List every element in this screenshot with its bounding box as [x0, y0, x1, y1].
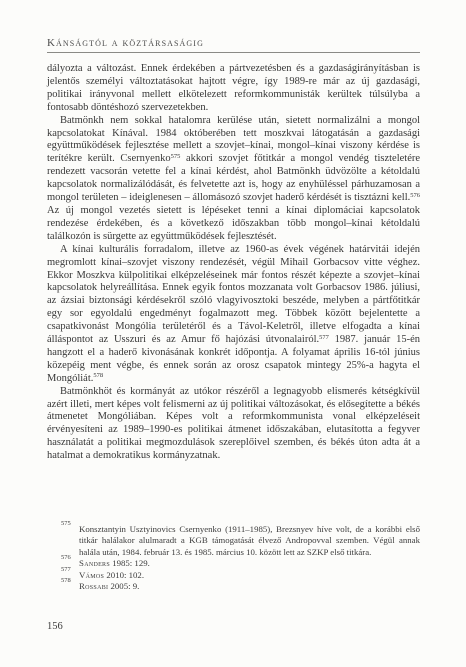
- body-text: dályozta a változást. Ennek érdekében a …: [47, 63, 420, 463]
- header-rule: [47, 52, 420, 53]
- author-name-smallcaps: Vámos: [79, 570, 104, 580]
- author-name-smallcaps: Rossabi: [79, 581, 108, 591]
- running-title: Kánságtól a köztársaságig: [47, 37, 420, 49]
- page-number: 156: [47, 621, 63, 632]
- footnotes-block: 575Konsztantyin Usztyinovics Csernyenko …: [47, 524, 420, 592]
- footnote-reference: 577: [319, 334, 329, 341]
- footnote: 576Sanders 1985: 129.: [47, 558, 420, 569]
- footnote-reference: 575: [171, 153, 181, 160]
- paragraph: Batmönkhöt és kormányát az utókor részér…: [47, 386, 420, 463]
- running-header: Kánságtól a köztársaságig: [47, 37, 420, 53]
- paragraph: A kínai kulturális forradalom, illetve a…: [47, 244, 420, 386]
- footnote: 575Konsztantyin Usztyinovics Csernyenko …: [47, 524, 420, 558]
- paragraph: Batmönkh nem sokkal hatalomra kerülése u…: [47, 115, 420, 244]
- author-name-smallcaps: Sanders: [79, 558, 110, 568]
- footnote-reference: 576: [410, 192, 420, 199]
- book-page: Kánságtól a köztársaságig dályozta a vál…: [0, 0, 466, 667]
- footnote: 577Vámos 2010: 102.: [47, 570, 420, 581]
- footnote-reference: 578: [93, 372, 103, 379]
- footnote: 578Rossabi 2005: 9.: [47, 581, 420, 592]
- paragraph: dályozta a változást. Ennek érdekében a …: [47, 63, 420, 115]
